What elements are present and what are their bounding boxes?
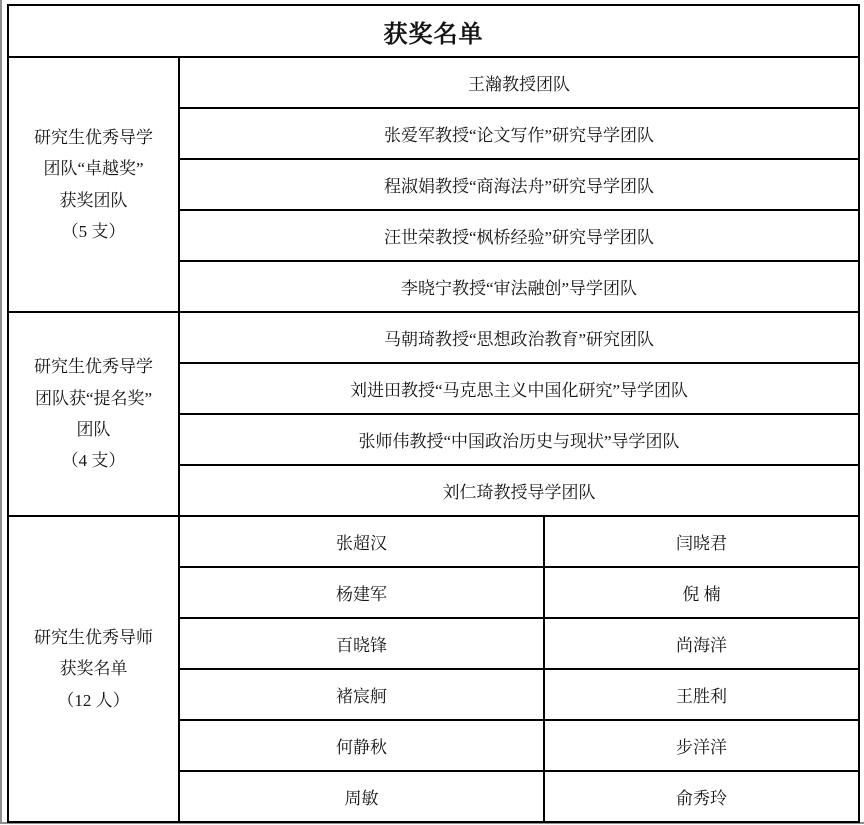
supervisor-name-cell: 周敏 — [179, 771, 544, 822]
team-cell: 马朝琦教授“思想政治教育”研究团队 — [179, 312, 859, 363]
supervisor-name-cell: 何静秋 — [179, 720, 544, 771]
table-row: 研究生优秀导师 获奖名单 （12 人） 张超汉 闫晓君 — [8, 516, 859, 567]
supervisor-name-cell: 步洋洋 — [544, 720, 859, 771]
section-header-excellence-award: 研究生优秀导学 团队“卓越奖” 获奖团队 （5 支） — [8, 57, 179, 312]
team-cell: 刘进田教授“马克思主义中国化研究”导学团队 — [179, 363, 859, 414]
awards-table: 获奖名单 研究生优秀导学 团队“卓越奖” 获奖团队 （5 支） 王瀚教授团队 张… — [7, 4, 860, 823]
section-header-nomination-award: 研究生优秀导学 团队获“提名奖” 团队 （4 支） — [8, 312, 179, 516]
supervisor-name-cell: 闫晓君 — [544, 516, 859, 567]
team-cell: 张师伟教授“中国政治历史与现状”导学团队 — [179, 414, 859, 465]
table-row: 研究生优秀导学 团队“卓越奖” 获奖团队 （5 支） 王瀚教授团队 — [8, 57, 859, 108]
supervisor-name-cell: 王胜利 — [544, 669, 859, 720]
supervisor-name-cell: 褚宸舸 — [179, 669, 544, 720]
page-title: 获奖名单 — [8, 5, 859, 57]
team-cell: 刘仁琦教授导学团队 — [179, 465, 859, 516]
team-cell: 王瀚教授团队 — [179, 57, 859, 108]
table-row: 研究生优秀导学 团队获“提名奖” 团队 （4 支） 马朝琦教授“思想政治教育”研… — [8, 312, 859, 363]
section-header-supervisors: 研究生优秀导师 获奖名单 （12 人） — [8, 516, 179, 822]
page-edge-line-left — [0, 0, 2, 823]
supervisor-name-cell: 俞秀玲 — [544, 771, 859, 822]
supervisor-name-cell: 百晓锋 — [179, 618, 544, 669]
supervisor-name-cell: 尚海洋 — [544, 618, 859, 669]
supervisor-name-cell: 张超汉 — [179, 516, 544, 567]
team-cell: 程淑娟教授“商海法舟”研究导学团队 — [179, 159, 859, 210]
team-cell: 汪世荣教授“枫桥经验”研究导学团队 — [179, 210, 859, 261]
supervisor-name-cell: 倪 楠 — [544, 567, 859, 618]
supervisor-name-cell: 杨建军 — [179, 567, 544, 618]
team-cell: 李晓宁教授“审法融创”导学团队 — [179, 261, 859, 312]
team-cell: 张爱军教授“论文写作”研究导学团队 — [179, 108, 859, 159]
table-title-row: 获奖名单 — [8, 5, 859, 57]
